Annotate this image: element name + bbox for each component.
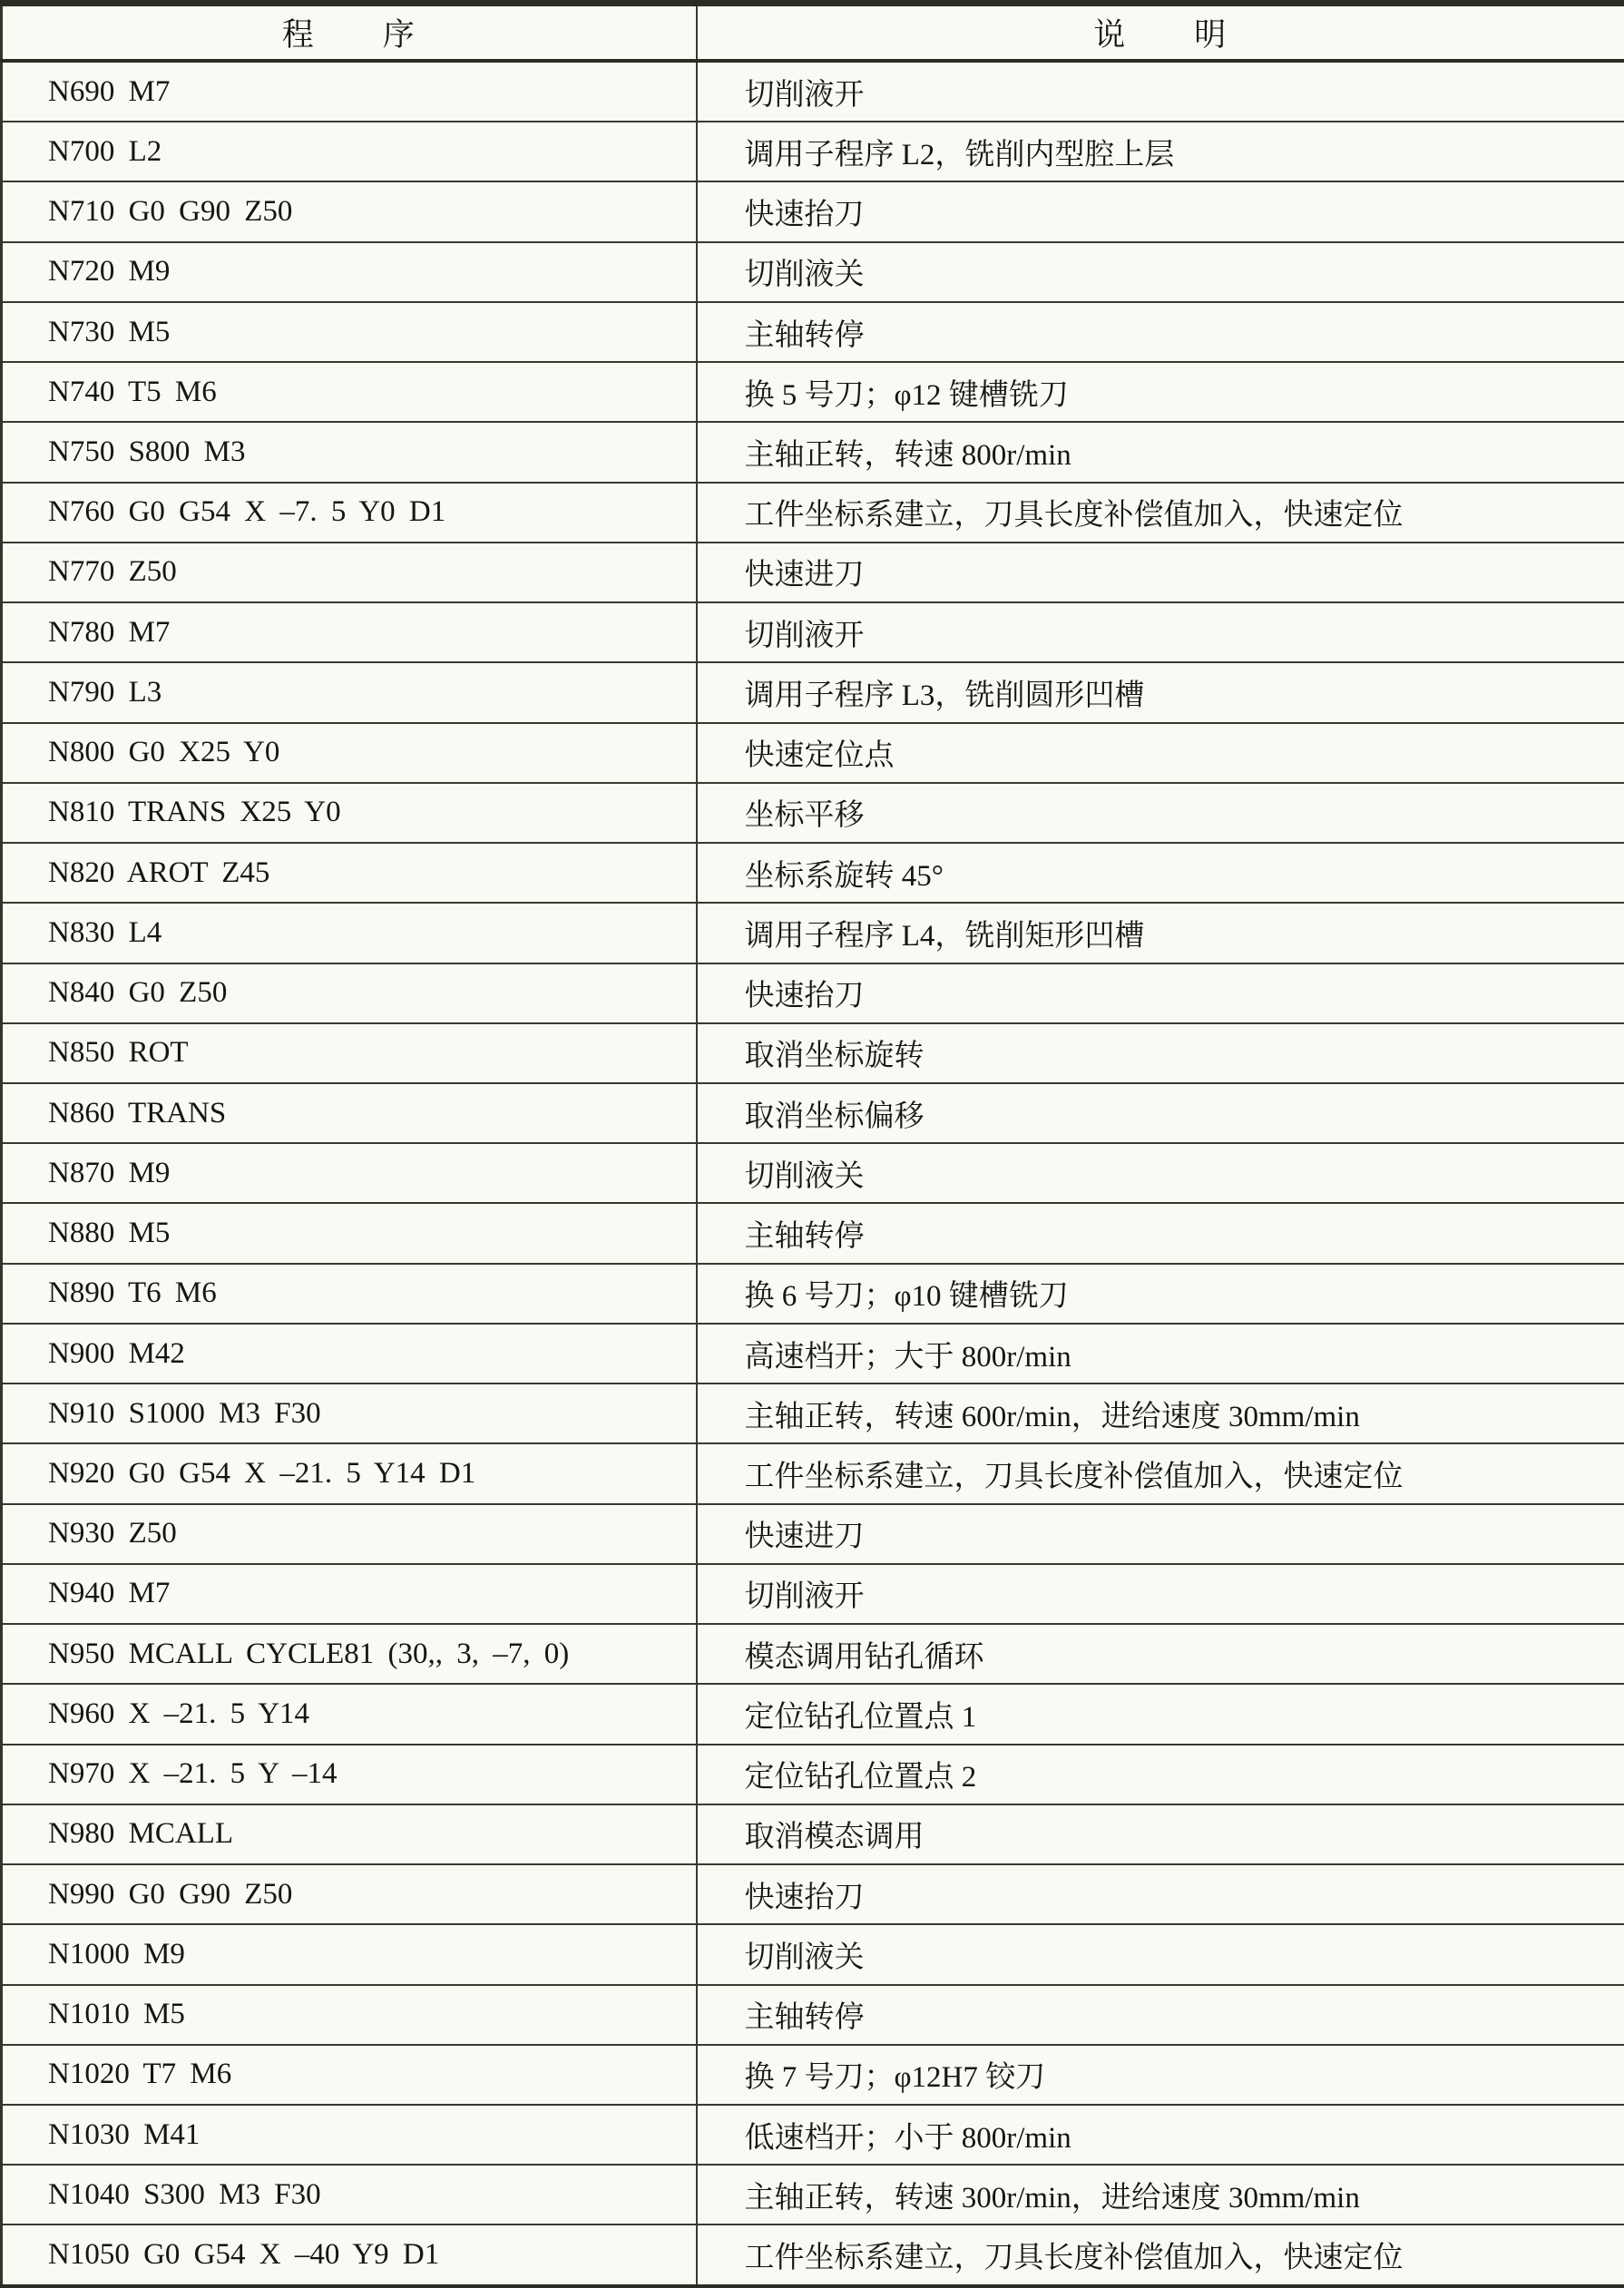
table-row: N990 G0 G90 Z50快速抬刀 — [2, 1864, 1624, 1924]
table-row: N1040 S300 M3 F30主轴正转，转速 300r/min，进给速度 3… — [2, 2165, 1624, 2224]
description-cell: 主轴转停 — [697, 1203, 1624, 1263]
description-cell: 切削液开 — [697, 602, 1624, 662]
col-header-description: 说 明 — [697, 4, 1624, 62]
program-cell: N1050 G0 G54 X –40 Y9 D1 — [2, 2224, 697, 2286]
program-cell: N760 G0 G54 X –7. 5 Y0 D1 — [2, 483, 697, 543]
program-cell: N820 AROT Z45 — [2, 843, 697, 903]
description-cell: 切削液关 — [697, 242, 1624, 302]
table-row: N1010 M5主轴转停 — [2, 1985, 1624, 2045]
program-cell: N700 L2 — [2, 122, 697, 181]
description-cell: 换 5 号刀；φ12 键槽铣刀 — [697, 362, 1624, 422]
program-cell: N1030 M41 — [2, 2105, 697, 2165]
description-cell: 调用子程序 L2，铣削内型腔上层 — [697, 122, 1624, 181]
program-cell: N750 S800 M3 — [2, 422, 697, 482]
description-cell: 坐标系旋转 45° — [697, 843, 1624, 903]
description-cell: 坐标平移 — [697, 783, 1624, 843]
table-row: N730 M5主轴转停 — [2, 302, 1624, 362]
description-cell: 主轴转停 — [697, 302, 1624, 362]
description-cell: 快速定位点 — [697, 723, 1624, 783]
description-cell: 取消坐标偏移 — [697, 1083, 1624, 1143]
description-cell: 换 6 号刀；φ10 键槽铣刀 — [697, 1264, 1624, 1324]
table-row: N1020 T7 M6换 7 号刀；φ12H7 铰刀 — [2, 2045, 1624, 2105]
program-cell: N930 Z50 — [2, 1504, 697, 1564]
program-cell: N900 M42 — [2, 1324, 697, 1384]
table-row: N750 S800 M3主轴正转，转速 800r/min — [2, 422, 1624, 482]
table-row: N970 X –21. 5 Y –14定位钻孔位置点 2 — [2, 1745, 1624, 1804]
description-cell: 切削液开 — [697, 61, 1624, 122]
description-cell: 快速进刀 — [697, 543, 1624, 602]
program-cell: N870 M9 — [2, 1143, 697, 1203]
description-cell: 定位钻孔位置点 1 — [697, 1684, 1624, 1744]
program-cell: N860 TRANS — [2, 1083, 697, 1143]
table-row: N780 M7切削液开 — [2, 602, 1624, 662]
description-cell: 调用子程序 L4，铣削矩形凹槽 — [697, 903, 1624, 963]
table-row: N920 G0 G54 X –21. 5 Y14 D1工件坐标系建立，刀具长度补… — [2, 1443, 1624, 1503]
description-cell: 主轴正转，转速 800r/min — [697, 422, 1624, 482]
program-cell: N740 T5 M6 — [2, 362, 697, 422]
program-cell: N800 G0 X25 Y0 — [2, 723, 697, 783]
description-cell: 主轴转停 — [697, 1985, 1624, 2045]
table-row: N830 L4调用子程序 L4，铣削矩形凹槽 — [2, 903, 1624, 963]
description-cell: 换 7 号刀；φ12H7 铰刀 — [697, 2045, 1624, 2105]
description-cell: 切削液关 — [697, 1924, 1624, 1984]
description-cell: 低速档开；小于 800r/min — [697, 2105, 1624, 2165]
description-cell: 工件坐标系建立，刀具长度补偿值加入，快速定位 — [697, 1443, 1624, 1503]
program-cell: N890 T6 M6 — [2, 1264, 697, 1324]
program-cell: N690 M7 — [2, 61, 697, 122]
program-cell: N940 M7 — [2, 1564, 697, 1624]
table-row: N700 L2调用子程序 L2，铣削内型腔上层 — [2, 122, 1624, 181]
table-row: N880 M5主轴转停 — [2, 1203, 1624, 1263]
program-cell: N1010 M5 — [2, 1985, 697, 2045]
description-cell: 快速抬刀 — [697, 181, 1624, 241]
program-cell: N980 MCALL — [2, 1804, 697, 1864]
table-row: N720 M9切削液关 — [2, 242, 1624, 302]
table-row: N840 G0 Z50快速抬刀 — [2, 963, 1624, 1023]
program-cell: N830 L4 — [2, 903, 697, 963]
table-row: N1000 M9切削液关 — [2, 1924, 1624, 1984]
description-cell: 主轴正转，转速 600r/min，进给速度 30mm/min — [697, 1384, 1624, 1443]
table-row: N1030 M41低速档开；小于 800r/min — [2, 2105, 1624, 2165]
table-row: N710 G0 G90 Z50快速抬刀 — [2, 181, 1624, 241]
program-cell: N840 G0 Z50 — [2, 963, 697, 1023]
program-cell: N850 ROT — [2, 1023, 697, 1083]
description-cell: 高速档开；大于 800r/min — [697, 1324, 1624, 1384]
table-row: N860 TRANS取消坐标偏移 — [2, 1083, 1624, 1143]
table-row: N740 T5 M6换 5 号刀；φ12 键槽铣刀 — [2, 362, 1624, 422]
table-row: N870 M9切削液关 — [2, 1143, 1624, 1203]
description-cell: 调用子程序 L3，铣削圆形凹槽 — [697, 662, 1624, 722]
program-cell: N920 G0 G54 X –21. 5 Y14 D1 — [2, 1443, 697, 1503]
table-row: N760 G0 G54 X –7. 5 Y0 D1工件坐标系建立，刀具长度补偿值… — [2, 483, 1624, 543]
table-row: N950 MCALL CYCLE81 (30,, 3, –7, 0)模态调用钻孔… — [2, 1624, 1624, 1684]
description-cell: 工件坐标系建立，刀具长度补偿值加入，快速定位 — [697, 2224, 1624, 2286]
table-row: N890 T6 M6换 6 号刀；φ10 键槽铣刀 — [2, 1264, 1624, 1324]
program-cell: N780 M7 — [2, 602, 697, 662]
program-cell: N790 L3 — [2, 662, 697, 722]
description-cell: 快速抬刀 — [697, 1864, 1624, 1924]
table-row: N690 M7切削液开 — [2, 61, 1624, 122]
description-cell: 模态调用钻孔循环 — [697, 1624, 1624, 1684]
cnc-program-table: 程 序 说 明 N690 M7切削液开N700 L2调用子程序 L2，铣削内型腔… — [0, 0, 1624, 2288]
description-cell: 切削液开 — [697, 1564, 1624, 1624]
table-row: N810 TRANS X25 Y0坐标平移 — [2, 783, 1624, 843]
table-row: N930 Z50快速进刀 — [2, 1504, 1624, 1564]
table-header: 程 序 说 明 — [2, 4, 1624, 62]
col-header-program: 程 序 — [2, 4, 697, 62]
table-row: N900 M42高速档开；大于 800r/min — [2, 1324, 1624, 1384]
table-row: N850 ROT取消坐标旋转 — [2, 1023, 1624, 1083]
header-row: 程 序 说 明 — [2, 4, 1624, 62]
program-cell: N810 TRANS X25 Y0 — [2, 783, 697, 843]
description-cell: 取消坐标旋转 — [697, 1023, 1624, 1083]
program-cell: N950 MCALL CYCLE81 (30,, 3, –7, 0) — [2, 1624, 697, 1684]
program-cell: N970 X –21. 5 Y –14 — [2, 1745, 697, 1804]
program-cell: N1020 T7 M6 — [2, 2045, 697, 2105]
description-cell: 工件坐标系建立，刀具长度补偿值加入，快速定位 — [697, 483, 1624, 543]
description-cell: 切削液关 — [697, 1143, 1624, 1203]
table-row: N1050 G0 G54 X –40 Y9 D1工件坐标系建立，刀具长度补偿值加… — [2, 2224, 1624, 2286]
scanned-page: 程 序 说 明 N690 M7切削液开N700 L2调用子程序 L2，铣削内型腔… — [0, 0, 1624, 2288]
table-row: N960 X –21. 5 Y14定位钻孔位置点 1 — [2, 1684, 1624, 1744]
table-row: N940 M7切削液开 — [2, 1564, 1624, 1624]
table-row: N910 S1000 M3 F30主轴正转，转速 600r/min，进给速度 3… — [2, 1384, 1624, 1443]
table-row: N800 G0 X25 Y0快速定位点 — [2, 723, 1624, 783]
program-cell: N880 M5 — [2, 1203, 697, 1263]
table-row: N790 L3调用子程序 L3，铣削圆形凹槽 — [2, 662, 1624, 722]
program-cell: N730 M5 — [2, 302, 697, 362]
table-body: N690 M7切削液开N700 L2调用子程序 L2，铣削内型腔上层N710 G… — [2, 61, 1624, 2286]
program-cell: N1000 M9 — [2, 1924, 697, 1984]
table-row: N770 Z50快速进刀 — [2, 543, 1624, 602]
description-cell: 主轴正转，转速 300r/min，进给速度 30mm/min — [697, 2165, 1624, 2224]
table-row: N820 AROT Z45坐标系旋转 45° — [2, 843, 1624, 903]
program-cell: N990 G0 G90 Z50 — [2, 1864, 697, 1924]
description-cell: 取消模态调用 — [697, 1804, 1624, 1864]
program-cell: N960 X –21. 5 Y14 — [2, 1684, 697, 1744]
table-row: N980 MCALL取消模态调用 — [2, 1804, 1624, 1864]
description-cell: 定位钻孔位置点 2 — [697, 1745, 1624, 1804]
program-cell: N770 Z50 — [2, 543, 697, 602]
description-cell: 快速抬刀 — [697, 963, 1624, 1023]
program-cell: N1040 S300 M3 F30 — [2, 2165, 697, 2224]
program-cell: N720 M9 — [2, 242, 697, 302]
program-cell: N910 S1000 M3 F30 — [2, 1384, 697, 1443]
program-cell: N710 G0 G90 Z50 — [2, 181, 697, 241]
description-cell: 快速进刀 — [697, 1504, 1624, 1564]
